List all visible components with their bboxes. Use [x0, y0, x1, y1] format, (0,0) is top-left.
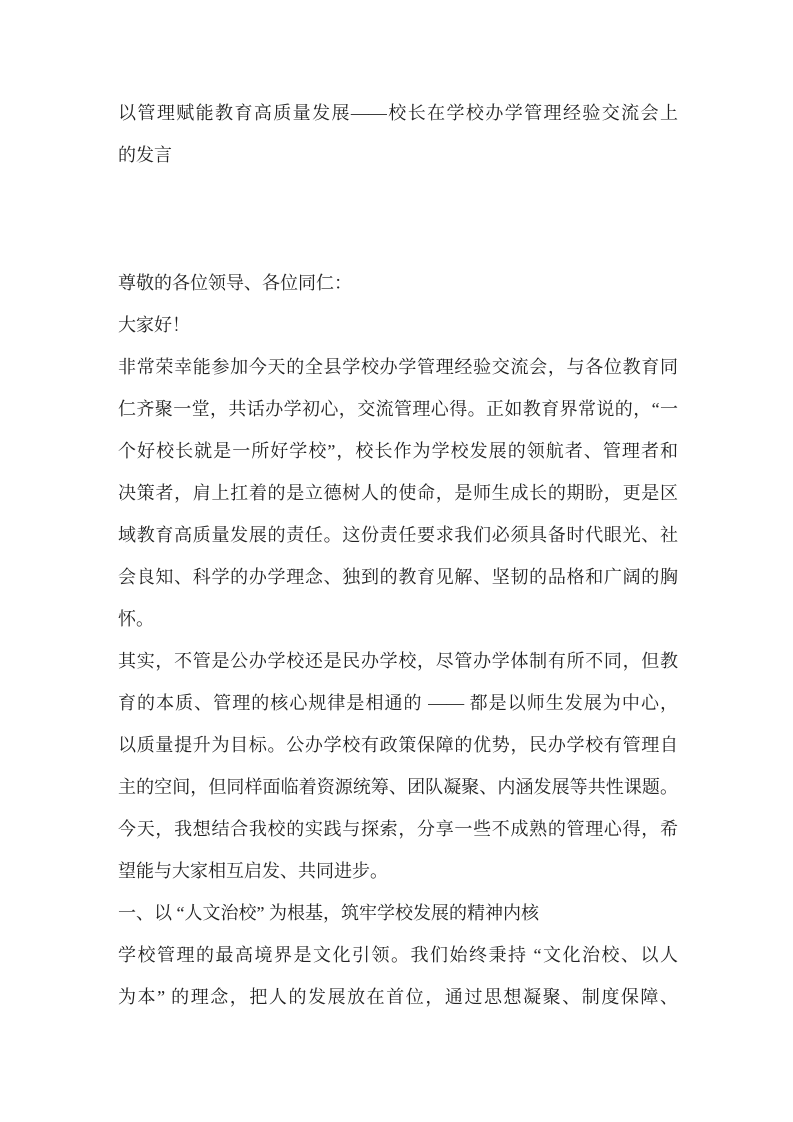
text-line: 今天，我想结合我校的实践与探索，分享一些不成熟的管理心得，希: [118, 808, 678, 850]
text-line: 以管理赋能教育高质量发展——校长在学校办学管理经验交流会上: [118, 92, 678, 134]
text-line: 个好校长就是一所好学校”，校长作为学校发展的领航者、管理者和: [118, 430, 678, 472]
text-line: 其实，不管是公办学校还是民办学校，尽管办学体制有所不同，但教: [118, 640, 678, 682]
text-line: 育的本质、管理的核心规律是相通的 —— 都是以师生发展为中心，: [118, 682, 678, 724]
text-line: 学校管理的最高境界是文化引领。我们始终秉持 “文化治校、以人: [118, 934, 678, 976]
text-line: 大家好！: [118, 304, 678, 346]
text-line: 域教育高质量发展的责任。这份责任要求我们必须具备时代眼光、社: [118, 514, 678, 556]
text-line: 为本” 的理念，把人的发展放在首位，通过思想凝聚、制度保障、: [118, 976, 678, 1018]
text-line: 决策者，肩上扛着的是立德树人的使命，是师生成长的期盼，更是区: [118, 472, 678, 514]
text-line: 会良知、科学的办学理念、独到的教育见解、坚韧的品格和广阔的胸: [118, 556, 678, 598]
text-line: 非常荣幸能参加今天的全县学校办学管理经验交流会，与各位教育同: [118, 346, 678, 388]
text-line: 仁齐聚一堂，共话办学初心，交流管理心得。正如教育界常说的，“一: [118, 388, 678, 430]
text-line: 以质量提升为目标。公办学校有政策保障的优势，民办学校有管理自: [118, 724, 678, 766]
text-line: 尊敬的各位领导、各位同仁：: [118, 262, 678, 304]
text-line: 一、以 “人文治校” 为根基，筑牢学校发展的精神内核: [118, 892, 678, 934]
text-line: 主的空间，但同样面临着资源统筹、团队凝聚、内涵发展等共性课题。: [118, 766, 678, 808]
text-line: 望能与大家相互启发、共同进步。: [118, 850, 678, 892]
document-body: 尊敬的各位领导、各位同仁：大家好！非常荣幸能参加今天的全县学校办学管理经验交流会…: [118, 262, 678, 1018]
text-line: 的发言: [118, 134, 678, 176]
text-line: 怀。: [118, 598, 678, 640]
document-page: 以管理赋能教育高质量发展——校长在学校办学管理经验交流会上的发言 尊敬的各位领导…: [0, 0, 793, 1122]
document-title: 以管理赋能教育高质量发展——校长在学校办学管理经验交流会上的发言: [118, 92, 678, 176]
